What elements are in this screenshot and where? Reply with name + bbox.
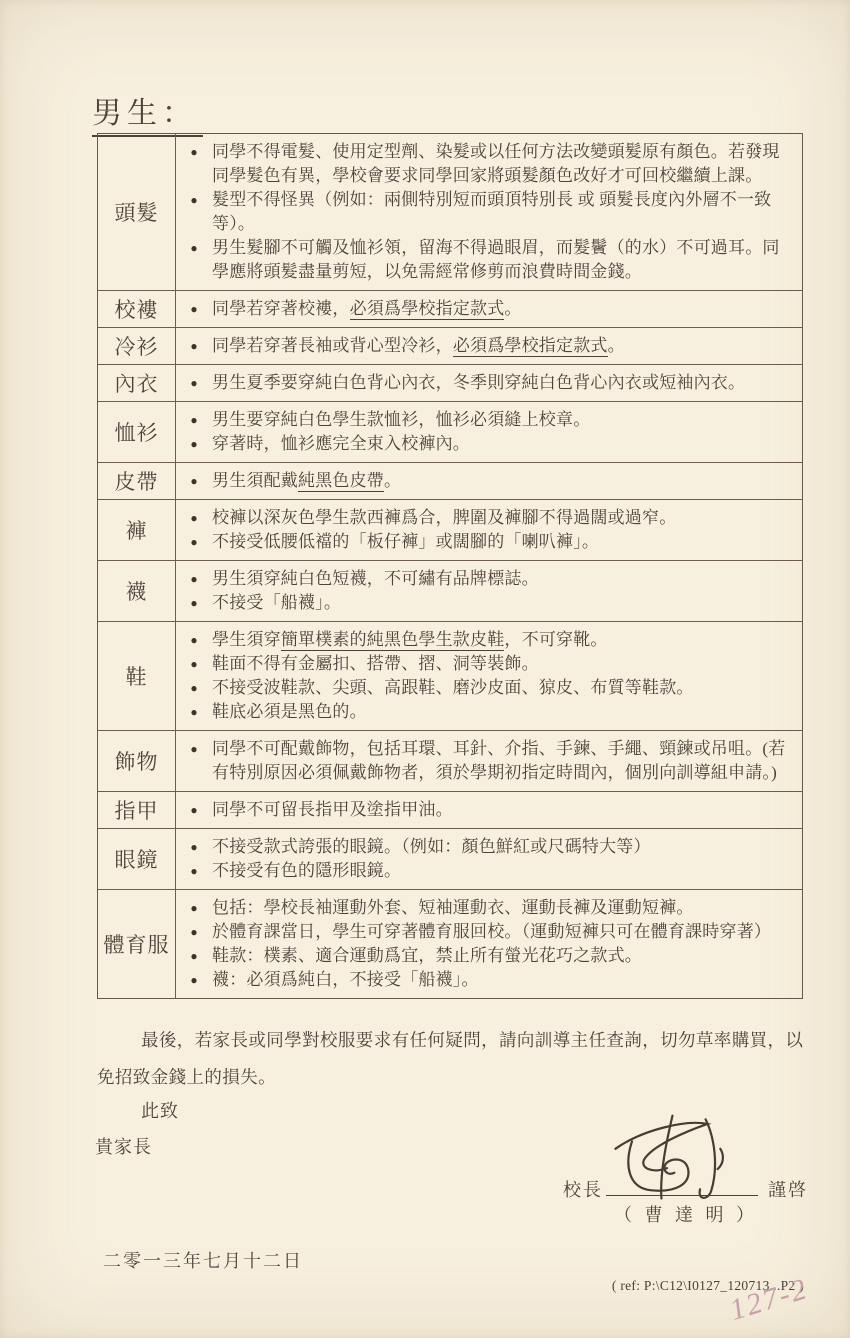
rule-item: 學生須穿簡單樸素的純黑色學生款皮鞋，不可穿靴。 [176, 628, 794, 652]
rule-item: 不接受低腰低襠的「板仔褲」或闊腳的「喇叭褲」。 [176, 530, 794, 554]
row-category-label: 鞋 [98, 622, 176, 730]
rule-item: 男生須配戴純黑色皮帶。 [176, 469, 794, 493]
rule-item: 男生夏季要穿純白色背心內衣，冬季則穿純白色背心內衣或短袖內衣。 [176, 371, 794, 395]
rule-text: 同學不可留長指甲及塗指甲油。 [212, 798, 794, 822]
rule-item: 不接受有色的隱形眼鏡。 [176, 859, 794, 883]
closing-paragraph: 最後，若家長或同學對校服要求有任何疑問，請向訓導主任查詢，切勿草率購買，以免招致… [97, 1022, 804, 1096]
rule-text: 不接受「船襪」。 [212, 591, 794, 615]
table-row: 頭髮同學不得電髮、使用定型劑、染髮或以任何方法改變頭髮原有顏色。若發現同學髮色有… [98, 134, 802, 290]
rule-item: 髮型不得怪異（例如：兩側特別短而頭頂特別長 或 頭髮長度內外層不一致等）。 [176, 188, 794, 236]
row-rules: 男生要穿純白色學生款恤衫，恤衫必須縫上校章。穿著時，恤衫應完全束入校褲內。 [176, 402, 802, 462]
bullet-icon [176, 628, 212, 652]
rule-text: 穿著時，恤衫應完全束入校褲內。 [212, 432, 794, 456]
row-category-label: 皮帶 [98, 463, 176, 499]
bullet-icon [176, 676, 212, 700]
table-row: 飾物同學不可配戴飾物，包括耳環、耳針、介指、手鍊、手繩、頸鍊或吊咀。(若有特別原… [98, 730, 802, 791]
bullet-icon [176, 920, 212, 944]
rule-text: 男生髮腳不可觸及恤衫領，留海不得過眼眉，而髮鬢（的水）不可過耳。同學應將頭髮盡量… [212, 236, 794, 284]
bullet-icon [176, 968, 212, 992]
bullet-icon [176, 798, 212, 822]
table-row: 恤衫男生要穿純白色學生款恤衫，恤衫必須縫上校章。穿著時，恤衫應完全束入校褲內。 [98, 401, 802, 462]
rule-text: 男生須配戴純黑色皮帶。 [212, 469, 794, 493]
rule-text: 不接受款式誇張的眼鏡。（例如：顏色鮮紅或尺碼特大等） [212, 835, 794, 859]
row-category-label: 眼鏡 [98, 829, 176, 889]
valediction-cizhi: 此致 [141, 1097, 179, 1123]
principal-name: （ 曹 達 明 ） [606, 1201, 766, 1227]
row-rules: 同學不可留長指甲及塗指甲油。 [176, 792, 802, 828]
bullet-icon [176, 297, 212, 321]
bullet-icon [176, 530, 212, 554]
row-rules: 校褲以深灰色學生款西褲爲合，脾圍及褲腳不得過闊或過窄。不接受低腰低襠的「板仔褲」… [176, 500, 802, 560]
bullet-icon [176, 896, 212, 920]
uniform-table: 頭髮同學不得電髮、使用定型劑、染髮或以任何方法改變頭髮原有顏色。若發現同學髮色有… [97, 133, 803, 999]
rule-item: 同學若穿著校褸，必須爲學校指定款式。 [176, 297, 794, 321]
row-category-label: 褲 [98, 500, 176, 560]
rule-text: 鞋底必須是黑色的。 [212, 700, 794, 724]
bullet-icon [176, 859, 212, 883]
table-row: 內衣男生夏季要穿純白色背心內衣，冬季則穿純白色背心內衣或短袖內衣。 [98, 364, 802, 401]
rule-item: 同學若穿著長袖或背心型冷衫，必須爲學校指定款式。 [176, 334, 794, 358]
table-row: 褲校褲以深灰色學生款西褲爲合，脾圍及褲腳不得過闊或過窄。不接受低腰低襠的「板仔褲… [98, 499, 802, 560]
bullet-icon [176, 944, 212, 968]
rule-text: 校褲以深灰色學生款西褲爲合，脾圍及褲腳不得過闊或過窄。 [212, 506, 794, 530]
rule-text: 髮型不得怪異（例如：兩側特別短而頭頂特別長 或 頭髮長度內外層不一致等）。 [212, 188, 794, 236]
rule-item: 同學不得電髮、使用定型劑、染髮或以任何方法改變頭髮原有顏色。若發現同學髮色有異，… [176, 140, 794, 188]
bullet-icon [176, 506, 212, 530]
bullet-icon [176, 140, 212, 164]
row-rules: 包括：學校長袖運動外套、短袖運動衣、運動長褲及運動短褲。於體育課當日，學生可穿著… [176, 890, 802, 998]
row-rules: 男生夏季要穿純白色背心內衣，冬季則穿純白色背心內衣或短袖內衣。 [176, 365, 802, 401]
row-rules: 男生須配戴純黑色皮帶。 [176, 463, 802, 499]
row-category-label: 襪 [98, 561, 176, 621]
row-category-label: 內衣 [98, 365, 176, 401]
rule-text: 鞋款：樸素、適合運動爲宜，禁止所有螢光花巧之款式。 [212, 944, 794, 968]
rule-item: 校褲以深灰色學生款西褲爲合，脾圍及褲腳不得過闊或過窄。 [176, 506, 794, 530]
document-date: 二零一三年七月十二日 [103, 1247, 303, 1273]
bullet-icon [176, 737, 212, 761]
rule-text: 同學不可配戴飾物，包括耳環、耳針、介指、手鍊、手繩、頸鍊或吊咀。(若有特別原因必… [212, 737, 794, 785]
rule-item: 穿著時，恤衫應完全束入校褲內。 [176, 432, 794, 456]
rule-text: 同學若穿著長袖或背心型冷衫，必須爲學校指定款式。 [212, 334, 794, 358]
rule-text: 包括：學校長袖運動外套、短袖運動衣、運動長褲及運動短褲。 [212, 896, 794, 920]
bullet-icon [176, 469, 212, 493]
row-rules: 同學若穿著校褸，必須爲學校指定款式。 [176, 291, 802, 327]
rule-item: 鞋底必須是黑色的。 [176, 700, 794, 724]
row-rules: 不接受款式誇張的眼鏡。（例如：顏色鮮紅或尺碼特大等）不接受有色的隱形眼鏡。 [176, 829, 802, 889]
row-category-label: 體育服 [98, 890, 176, 998]
bullet-icon [176, 700, 212, 724]
rule-item: 鞋面不得有金屬扣、搭帶、摺、洞等裝飾。 [176, 652, 794, 676]
rule-text: 鞋面不得有金屬扣、搭帶、摺、洞等裝飾。 [212, 652, 794, 676]
row-rules: 男生須穿純白色短襪，不可繡有品牌標誌。不接受「船襪」。 [176, 561, 802, 621]
valediction-parents: 貴家長 [95, 1133, 152, 1159]
rule-item: 男生髮腳不可觸及恤衫領，留海不得過眼眉，而髮鬢（的水）不可過耳。同學應將頭髮盡量… [176, 236, 794, 284]
table-row: 冷衫同學若穿著長袖或背心型冷衫，必須爲學校指定款式。 [98, 327, 802, 364]
row-rules: 學生須穿簡單樸素的純黑色學生款皮鞋，不可穿靴。鞋面不得有金屬扣、搭帶、摺、洞等裝… [176, 622, 802, 730]
row-category-label: 冷衫 [98, 328, 176, 364]
signature-role-label: 校長 [563, 1176, 603, 1202]
row-category-label: 校褸 [98, 291, 176, 327]
rule-item: 同學不可配戴飾物，包括耳環、耳針、介指、手鍊、手繩、頸鍊或吊咀。(若有特別原因必… [176, 737, 794, 785]
row-category-label: 恤衫 [98, 402, 176, 462]
rule-text: 於體育課當日，學生可穿著體育服回校。（運動短褲只可在體育課時穿著） [212, 920, 794, 944]
rule-item: 不接受波鞋款、尖頭、高跟鞋、磨沙皮面、猄皮、布質等鞋款。 [176, 676, 794, 700]
bullet-icon [176, 334, 212, 358]
table-row: 皮帶男生須配戴純黑色皮帶。 [98, 462, 802, 499]
page-title: 男生： [92, 88, 203, 137]
signature-closing-label: 謹啓 [768, 1176, 808, 1202]
row-rules: 同學不可配戴飾物，包括耳環、耳針、介指、手鍊、手繩、頸鍊或吊咀。(若有特別原因必… [176, 731, 802, 791]
rule-text: 男生夏季要穿純白色背心內衣，冬季則穿純白色背心內衣或短袖內衣。 [212, 371, 794, 395]
rule-item: 襪：必須爲純白，不接受「船襪」。 [176, 968, 794, 992]
rule-text: 男生須穿純白色短襪，不可繡有品牌標誌。 [212, 567, 794, 591]
table-row: 指甲同學不可留長指甲及塗指甲油。 [98, 791, 802, 828]
scanned-paper: 男生： 頭髮同學不得電髮、使用定型劑、染髮或以任何方法改變頭髮原有顏色。若發現同… [0, 0, 850, 1338]
bullet-icon [176, 371, 212, 395]
row-rules: 同學不得電髮、使用定型劑、染髮或以任何方法改變頭髮原有顏色。若發現同學髮色有異，… [176, 134, 802, 290]
table-row: 體育服包括：學校長袖運動外套、短袖運動衣、運動長褲及運動短褲。於體育課當日，學生… [98, 889, 802, 998]
rule-text: 不接受波鞋款、尖頭、高跟鞋、磨沙皮面、猄皮、布質等鞋款。 [212, 676, 794, 700]
bullet-icon [176, 567, 212, 591]
rule-item: 包括：學校長袖運動外套、短袖運動衣、運動長褲及運動短褲。 [176, 896, 794, 920]
signature-line [606, 1195, 758, 1196]
row-category-label: 飾物 [98, 731, 176, 791]
row-category-label: 指甲 [98, 792, 176, 828]
bullet-icon [176, 236, 212, 260]
bullet-icon [176, 591, 212, 615]
rule-item: 男生須穿純白色短襪，不可繡有品牌標誌。 [176, 567, 794, 591]
rule-text: 男生要穿純白色學生款恤衫，恤衫必須縫上校章。 [212, 408, 794, 432]
table-row: 鞋學生須穿簡單樸素的純黑色學生款皮鞋，不可穿靴。鞋面不得有金屬扣、搭帶、摺、洞等… [98, 621, 802, 730]
rule-text: 不接受低腰低襠的「板仔褲」或闊腳的「喇叭褲」。 [212, 530, 794, 554]
principal-signature-icon [588, 1112, 768, 1204]
rule-item: 不接受「船襪」。 [176, 591, 794, 615]
rule-item: 鞋款：樸素、適合運動爲宜，禁止所有螢光花巧之款式。 [176, 944, 794, 968]
rule-text: 學生須穿簡單樸素的純黑色學生款皮鞋，不可穿靴。 [212, 628, 794, 652]
table-row: 眼鏡不接受款式誇張的眼鏡。（例如：顏色鮮紅或尺碼特大等）不接受有色的隱形眼鏡。 [98, 828, 802, 889]
rule-item: 男生要穿純白色學生款恤衫，恤衫必須縫上校章。 [176, 408, 794, 432]
rule-text: 襪：必須爲純白，不接受「船襪」。 [212, 968, 794, 992]
row-category-label: 頭髮 [98, 134, 176, 290]
rule-item: 同學不可留長指甲及塗指甲油。 [176, 798, 794, 822]
bullet-icon [176, 408, 212, 432]
rule-text: 同學若穿著校褸，必須爲學校指定款式。 [212, 297, 794, 321]
table-row: 襪男生須穿純白色短襪，不可繡有品牌標誌。不接受「船襪」。 [98, 560, 802, 621]
bullet-icon [176, 835, 212, 859]
rule-item: 於體育課當日，學生可穿著體育服回校。（運動短褲只可在體育課時穿著） [176, 920, 794, 944]
bullet-icon [176, 432, 212, 456]
bullet-icon [176, 652, 212, 676]
table-row: 校褸同學若穿著校褸，必須爲學校指定款式。 [98, 290, 802, 327]
row-rules: 同學若穿著長袖或背心型冷衫，必須爲學校指定款式。 [176, 328, 802, 364]
bullet-icon [176, 188, 212, 212]
rule-text: 同學不得電髮、使用定型劑、染髮或以任何方法改變頭髮原有顏色。若發現同學髮色有異，… [212, 140, 794, 188]
rule-item: 不接受款式誇張的眼鏡。（例如：顏色鮮紅或尺碼特大等） [176, 835, 794, 859]
rule-text: 不接受有色的隱形眼鏡。 [212, 859, 794, 883]
